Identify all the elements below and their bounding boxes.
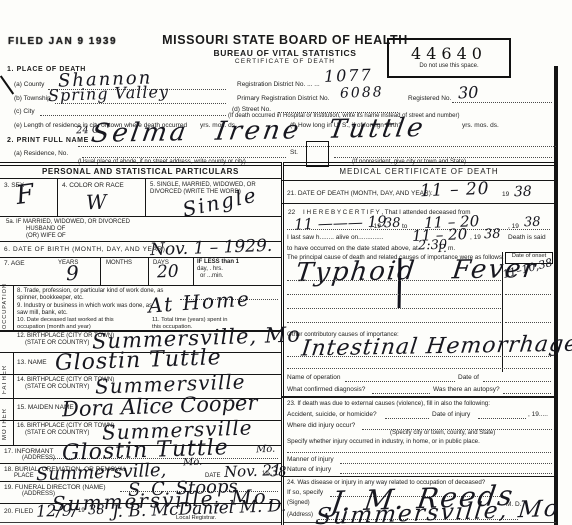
informant-state-value: Mo. — [256, 444, 276, 456]
years-value: 9 — [66, 261, 80, 285]
filed-label: 20. FILED — [4, 508, 33, 515]
husband-of-label: HUSBAND OF — [26, 226, 65, 232]
certificate-number-note: Do not use this space. — [389, 63, 509, 69]
nonresident-line — [334, 157, 552, 158]
personal-header-rule — [0, 178, 281, 179]
contributory-line-1 — [287, 356, 551, 357]
registered-no-label: Registered No. — [408, 95, 451, 102]
street-abbrev-label: St. — [290, 149, 298, 156]
local-registrar-label: Local Registrar. — [176, 515, 216, 521]
mother-side-divider — [13, 398, 14, 445]
attended-from-year: 38 — [384, 216, 401, 232]
date-of-death-label: 21. DATE OF DEATH (MONTH, DAY, AND YEAR)… — [287, 190, 433, 197]
attended-from-year-printed: , 19 — [370, 223, 381, 230]
cause-line-4 — [287, 322, 501, 323]
ifless-label: IF LESS than 1 — [197, 259, 239, 265]
death-certificate-scan: FILED JAN 9 1939 MISSOURI STATE BOARD OF… — [0, 0, 572, 525]
mother-side-label: MOTHER — [2, 404, 8, 440]
residence-no-label: (a) Residence, No. — [14, 150, 68, 157]
primary-district-value: 6088 — [340, 84, 384, 102]
autopsy-label: Was there an autopsy? — [433, 386, 500, 393]
primary-district-label: Primary Registration District No. — [237, 95, 329, 102]
contributory-line-2 — [287, 368, 551, 369]
sex-race-divider — [57, 178, 58, 216]
cause-line-3 — [287, 308, 501, 309]
filed-date-value: 12/9/ — [36, 500, 78, 520]
sex-value: F — [14, 179, 36, 211]
full-name-label: 2. PRINT FULL NAME — [7, 137, 89, 144]
father-name-label: 13. NAME — [17, 359, 47, 366]
full-name-value: Selma Irene Tuttle — [89, 113, 428, 149]
accident-line — [385, 418, 429, 419]
wife-of-label: (OR) WIFE OF — [26, 233, 66, 239]
registered-no-line — [452, 102, 552, 103]
injury-date-label: Date of injury — [432, 411, 470, 418]
mother-birthplace-state-label: (STATE OR COUNTRY) — [25, 430, 89, 436]
last-saw-year-printed: , 19 — [470, 234, 481, 241]
filed-year-value: 38 — [88, 503, 105, 519]
certificate-number-box: 44640 Do not use this space. — [387, 38, 511, 78]
specify-injury-label: Specify whether injury occurred in indus… — [287, 438, 480, 445]
attended-to-year-printed: , 19 — [508, 223, 519, 230]
nature-label: Nature of injury — [287, 466, 331, 473]
death-said-label: Death is said — [508, 234, 546, 241]
burial-place-label: PLACE — [14, 473, 34, 479]
filed-year-printed: 19 — [78, 508, 85, 514]
meridiem-printed: m. — [448, 245, 455, 252]
father-side-label: FATHER — [2, 358, 8, 394]
city-label: (c) City — [14, 108, 35, 115]
informant-label: 17. INFORMANT — [4, 448, 53, 455]
row5-rule — [0, 216, 281, 217]
days-value: 20 — [157, 262, 179, 283]
autopsy-line — [503, 393, 551, 394]
race-label: 4. COLOR OR RACE — [62, 182, 124, 189]
cause-line-2 — [287, 294, 501, 295]
registration-district-value: 1077 — [324, 65, 373, 86]
last-saw-label: I last saw h........ alive on...........… — [287, 234, 383, 241]
certificate-number: 44640 — [389, 44, 509, 63]
attended-to-label: to — [402, 223, 407, 230]
race-marital-divider — [145, 178, 146, 216]
days-ifless-divider — [193, 257, 194, 285]
occurred-label: to have occurred on the date stated abov… — [287, 245, 418, 252]
row7-rule — [0, 285, 281, 286]
residence-no-line — [82, 157, 286, 158]
row21-rule — [281, 203, 556, 204]
accident-label: Accident, suicide, or homicide? — [287, 411, 377, 418]
street-label: (d) Street No. — [232, 106, 271, 113]
last-saw-year: 38 — [484, 227, 501, 243]
where-injury-note: (Specify city or town, county, and State… — [390, 430, 495, 436]
operation-label: Name of operation — [287, 374, 340, 381]
registration-district-label: Registration District No. ... ... — [237, 81, 320, 88]
manner-line — [340, 463, 552, 464]
operation-date-label: Date of — [458, 374, 479, 381]
nature-line — [340, 473, 552, 474]
township-label: (b) Township — [14, 95, 51, 102]
date-of-death-value: 11 – 20 — [420, 179, 490, 201]
race-value: W — [86, 190, 107, 215]
township-value: Spring Valley — [48, 82, 170, 105]
onset-line-1 — [505, 294, 551, 295]
birthplace-state-label: (STATE OR COUNTRY) — [25, 340, 89, 346]
date-of-death-year: 38 — [514, 184, 532, 201]
diagnosis-line — [372, 393, 430, 394]
injury-date-line — [478, 418, 526, 419]
operation-line — [345, 381, 455, 382]
where-injury-label: Where did injury occur? — [287, 422, 355, 429]
foreign-birth-units: yrs. mos. ds. — [462, 122, 499, 129]
external-causes-label: 23. If death was due to external causes … — [287, 400, 490, 407]
onset-line-2 — [505, 322, 551, 323]
mother-birthplace-label: 16. BIRTHPLACE (CITY OR TOWN) — [17, 423, 114, 429]
medical-header-rule — [281, 180, 556, 181]
burial-year-value: 38 — [270, 465, 287, 481]
city-line — [40, 115, 226, 116]
funeral-address-label: (ADDRESS) — [22, 491, 55, 497]
industry-label: 9. Industry or business in which work wa… — [17, 303, 157, 317]
months-label: MONTHS — [106, 260, 132, 266]
dob-label: 6. DATE OF BIRTH (MONTH, DAY, AND YEAR) — [4, 246, 166, 253]
specify-injury-line — [287, 452, 551, 453]
burial-year-printed: 19 — [262, 471, 269, 477]
burial-place-state-value: Mo. — [183, 457, 203, 469]
father-side-divider — [13, 352, 14, 398]
pen-stroke-mark — [398, 258, 401, 308]
ifless-min-label: or ...min. — [200, 273, 223, 279]
county-label: (a) County — [14, 81, 44, 88]
medical-section-header: MEDICAL CERTIFICATE OF DEATH — [284, 167, 554, 176]
ifless-hrs-label: day, . hrs. — [197, 266, 223, 272]
date-of-death-year-printed: 19 — [502, 191, 509, 198]
operation-rule — [281, 396, 556, 398]
occupation-side-divider — [13, 285, 14, 330]
registered-no-value: 30 — [458, 83, 479, 103]
scan-edge-bar — [554, 66, 558, 525]
diagnosis-label: What confirmed diagnosis? — [287, 386, 365, 393]
row6-rule — [0, 257, 281, 258]
age-label: 7. AGE — [4, 260, 25, 267]
injury-year-label: , 19..... — [528, 411, 548, 418]
married-to-label: 5a. IF MARRIED, WIDOWED, OR DIVORCED — [6, 219, 130, 225]
years-months-divider — [100, 257, 101, 285]
occupation-side-label: OCCUPATION — [2, 287, 8, 329]
operation-date-line — [483, 381, 551, 382]
months-days-divider — [148, 257, 149, 285]
margin-slash-mark — [0, 75, 14, 94]
manner-label: Manner of injury — [287, 456, 334, 463]
signed-label: (Signed) — [287, 500, 310, 506]
table-top-rule — [0, 162, 556, 166]
if-so-label: If so, specify — [287, 489, 323, 496]
cause-line-1 — [287, 280, 501, 281]
personal-section-header: PERSONAL AND STATISTICAL PARTICULARS — [0, 167, 281, 176]
father-birthplace-state-label: (STATE OR COUNTRY) — [25, 384, 89, 390]
injury-rule — [281, 476, 556, 477]
attended-to-year: 38 — [524, 215, 541, 231]
address-label: (Address) — [287, 512, 313, 518]
